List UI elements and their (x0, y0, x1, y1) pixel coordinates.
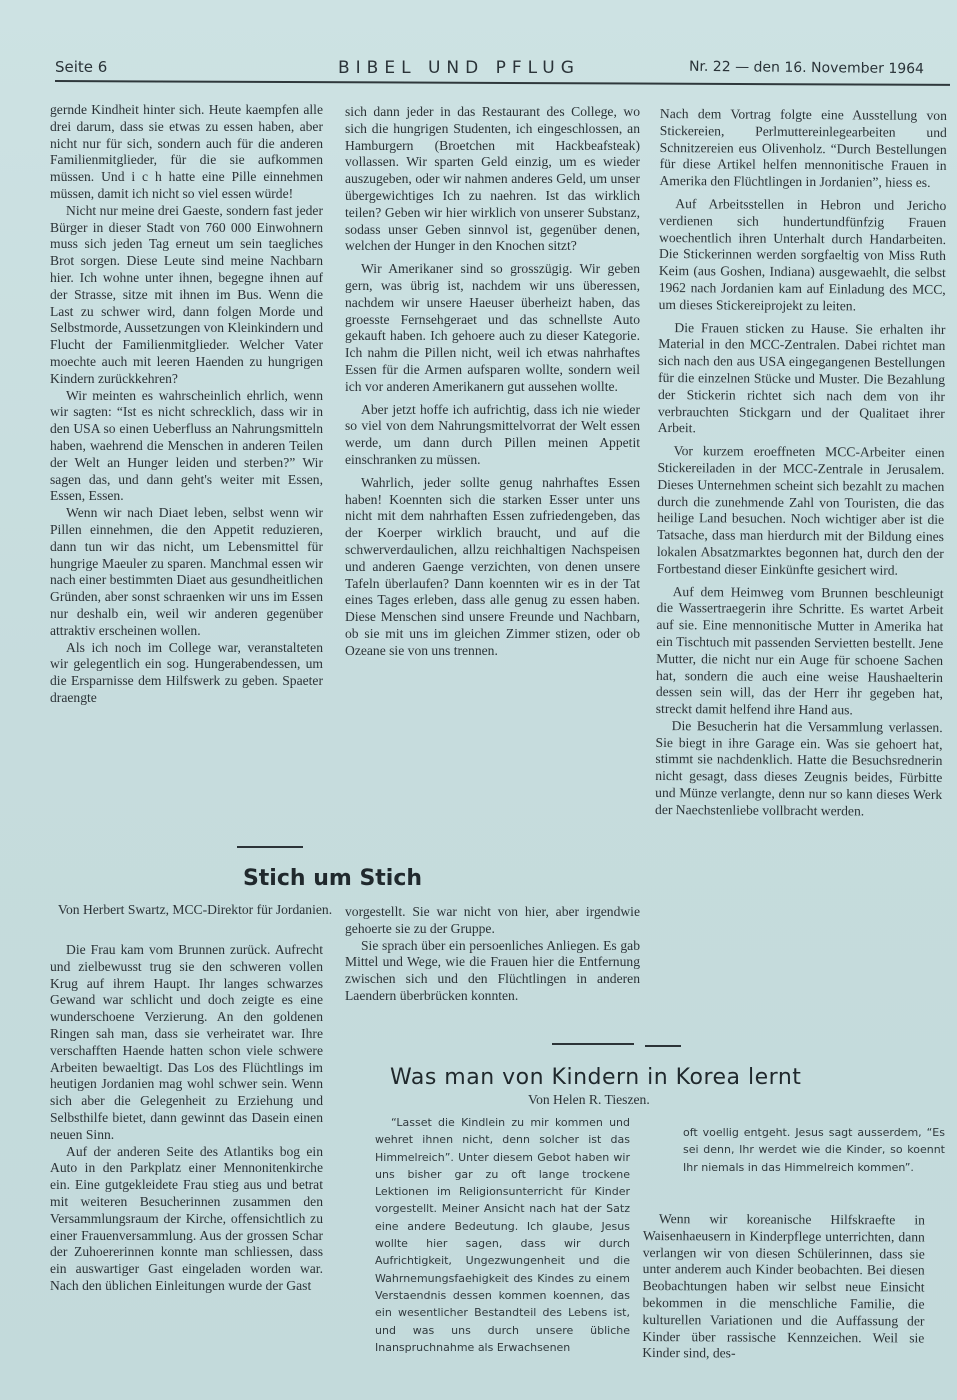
article-separator (237, 846, 303, 848)
paragraph: Auf der anderen Seite des Atlantiks bog … (50, 1144, 323, 1295)
paragraph: Auf dem Heimweg vom Brunnen beschleunigt… (656, 584, 944, 720)
paragraph: Die Besucherin hat die Versammlung verla… (655, 718, 943, 821)
publication-title: BIBEL UND PFLUG (338, 58, 580, 78)
paragraph: Die Frauen sticken zu Hause. Sie erhalte… (658, 320, 946, 440)
paragraph: Nicht nur meine drei Gaeste, sondern fas… (50, 203, 323, 388)
paragraph: Aber jetzt hoffe ich aufrichtig, dass ic… (345, 402, 640, 469)
paragraph: Wir Amerikaner sind so grosszügig. Wir g… (345, 261, 640, 395)
paragraph: Wenn wir koreanische Hilfskraefte in Wai… (642, 1211, 925, 1364)
article2-headline: Stich um Stich (200, 866, 465, 891)
article1-column-2: sich dann jeder in das Restaurant des Co… (345, 104, 640, 660)
paragraph: Auf Arbeitsstellen in Hebron und Jericho… (659, 196, 947, 316)
article1-column-1: gernde Kindheit hinter sich. Heute kaemp… (50, 102, 323, 707)
page-header: Seite 6 BIBEL UND PFLUG Nr. 22 — den 16.… (55, 56, 950, 86)
paragraph: Sie sprach über ein persoenliches Anlieg… (345, 938, 640, 1005)
article-separator (552, 1043, 634, 1045)
article3-intro-right: oft voellig entgeht. Jesus sagt ausserde… (683, 1124, 945, 1176)
paragraph: Vor kurzem eroeffneten MCC-Arbeiter eine… (657, 443, 945, 579)
page-number: Seite 6 (55, 58, 107, 76)
article2-column-3: Nach dem Vortrag folgte eine Ausstellung… (655, 106, 947, 821)
article3-headline: Was man von Kindern in Korea lernt (390, 1065, 890, 1090)
paragraph: Die Frau kam vom Brunnen zurück. Aufrech… (50, 942, 323, 1144)
column-end-rule (645, 1045, 681, 1047)
article3-byline: Von Helen R. Tieszen. (528, 1092, 650, 1108)
article3-intro-left: “Lasset die Kindlein zu mir kommen und w… (375, 1114, 630, 1356)
paragraph: Wir meinten es wahrscheinlich ehrlich, w… (50, 388, 323, 506)
paragraph: gernde Kindheit hinter sich. Heute kaemp… (50, 102, 323, 203)
article2-byline: Von Herbert Swartz, MCC-Direktor für Jor… (50, 902, 340, 919)
paragraph: sich dann jeder in das Restaurant des Co… (345, 104, 640, 255)
paragraph: Wahrlich, jeder sollte genug nahrhaftes … (345, 475, 640, 660)
paragraph: “Lasset die Kindlein zu mir kommen und w… (375, 1114, 630, 1356)
issue-date: Nr. 22 — den 16. November 1964 (689, 59, 924, 77)
paragraph: vorgestellt. Sie war nicht von hier, abe… (345, 904, 640, 938)
article3-body: Wenn wir koreanische Hilfskraefte in Wai… (642, 1211, 925, 1364)
article2-column-2: vorgestellt. Sie war nicht von hier, abe… (345, 904, 640, 1005)
header-rule (55, 80, 950, 86)
paragraph: Nach dem Vortrag folgte eine Ausstellung… (659, 106, 947, 192)
newspaper-page: Seite 6 BIBEL UND PFLUG Nr. 22 — den 16.… (0, 0, 957, 1400)
article2-column-1: Die Frau kam vom Brunnen zurück. Aufrech… (50, 942, 323, 1295)
paragraph: oft voellig entgeht. Jesus sagt ausserde… (683, 1124, 945, 1176)
paragraph: Wenn wir nach Diaet leben, selbst wenn w… (50, 505, 323, 639)
paragraph: Als ich noch im College war, veranstalte… (50, 640, 323, 707)
